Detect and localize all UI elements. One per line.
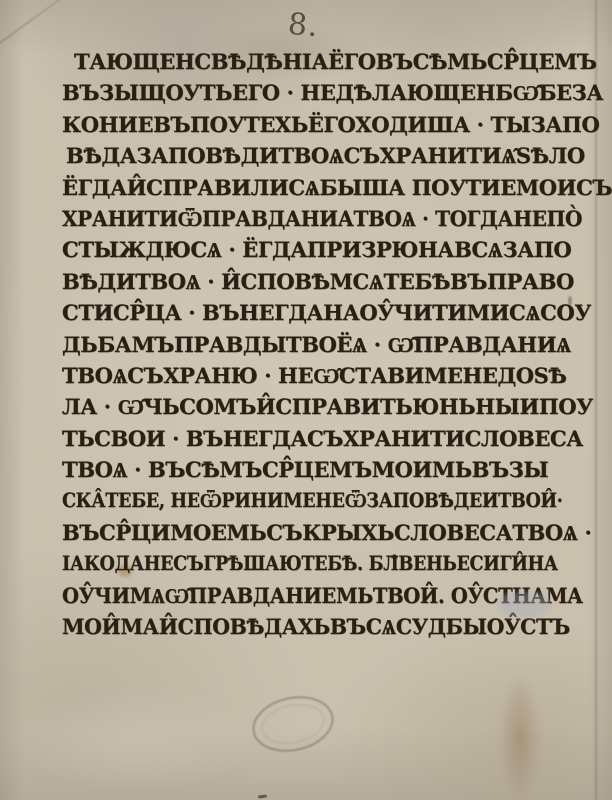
manuscript-line: СКА̂ТЕБЕ, НЕѾРИНИМЕНЕѾЗАПОВѢДЕИТВОИ̂·: [62, 485, 500, 516]
manuscript-line: ВѢДИТВОѦ · И̂СПОВѢМСѦТЕБѢВЪПРАВО: [62, 266, 560, 297]
manuscript-line: ЁГДАИ̂СПРАВИЛИСѦБЫША ПОУТИЕМОИСЪ: [62, 172, 560, 203]
page-number: 8.: [287, 7, 321, 45]
manuscript-line: ВѢДАЗАПОВѢДИТВОѦСЪХРАНИТИѦ̂ЅѢЛО: [66, 140, 560, 171]
ink-speck: [568, 296, 572, 306]
paper-stain: [20, 690, 250, 790]
manuscript-line: МОИ̂МАИ̂СПОВѢДАХЬВЪСѦСУДБЫОУ̂СТЪ: [62, 611, 545, 642]
manuscript-line: ВЪСР̂ЦИМОЕМЬСЪКРЫХЬСЛОВЕСАТВОѦ ·: [62, 517, 560, 548]
manuscript-line: ТЬСВОИ · ВЪНЕГДАСЪХРАНИТИСЛОВЕСА: [62, 423, 560, 454]
stamp-inner-ring: [258, 699, 329, 749]
manuscript-line: ОУ̂ЧИМѦѠ̂ПРАВДАНИЕМЬТВОИ̂. ОУ̂СТНАМА: [62, 580, 525, 611]
oval-stamp: [247, 689, 338, 759]
manuscript-line: СТЫЖДЮСѦ · ЁГДАПРИЗРЮНАВСѦЗАПО: [62, 234, 560, 265]
paper-stain: [500, 672, 540, 800]
manuscript-line: СТИСР̂ЦА · ВЪНЕГДАНАОУ̂ЧИТИМИСѦСОУ: [62, 297, 560, 328]
manuscript-line: ВЪЗЫЩОУТЬЕГО · НЕДѢЛАЮЩЕНБѠ̂БЕЗА: [62, 77, 560, 108]
manuscript-line: ЛА · Ѡ̂ЧЬСОМЪИ̂СПРАВИТЬЮНЬНЫИПОУ: [62, 391, 560, 422]
manuscript-line: ТВОѦ · ВЪСѢМЪСР̂ЦЕМЪМОИМЬВЪЗЫ: [62, 454, 560, 485]
manuscript-line: ХРАНИТИѾПРАВДАНИАТВОѦ · ТОГДАНЕПО̀: [62, 203, 535, 234]
manuscript-page: 8. ТАЮЩЕНСВѢДѢНІАЁГОВЪСѢМЬСР̂ЦЕМЪ ВЪЗЫЩО…: [0, 0, 612, 800]
manuscript-line: ТВОѦСЪХРАНЮ · НЕѠ̂СТАВИМЕНЕДОЅѢ: [62, 360, 560, 391]
faded-ink-area: [498, 592, 550, 618]
manuscript-line: ДЬБАМЪПРАВДЫТВОЁѦ · Ѡ̂ПРАВДАНИѦ: [62, 329, 560, 360]
manuscript-line: КОНИЕВЪПОУТЕХЬЁГОХОДИША · ТЫЗАПО: [62, 109, 560, 140]
manuscript-line: ТАЮЩЕНСВѢДѢНІАЁГОВЪСѢМЬСР̂ЦЕМЪ: [74, 46, 560, 77]
manuscript-text-block: ТАЮЩЕНСВѢДѢНІАЁГОВЪСѢМЬСР̂ЦЕМЪ ВЪЗЫЩОУТЬ…: [62, 46, 560, 642]
manuscript-line: ІАКОДАНЕСЪГРѢШАЮТЕБѢ. БЛ̂ВЕНЬЕСИГИ̂НА: [62, 548, 500, 579]
ink-speck: [258, 794, 267, 798]
